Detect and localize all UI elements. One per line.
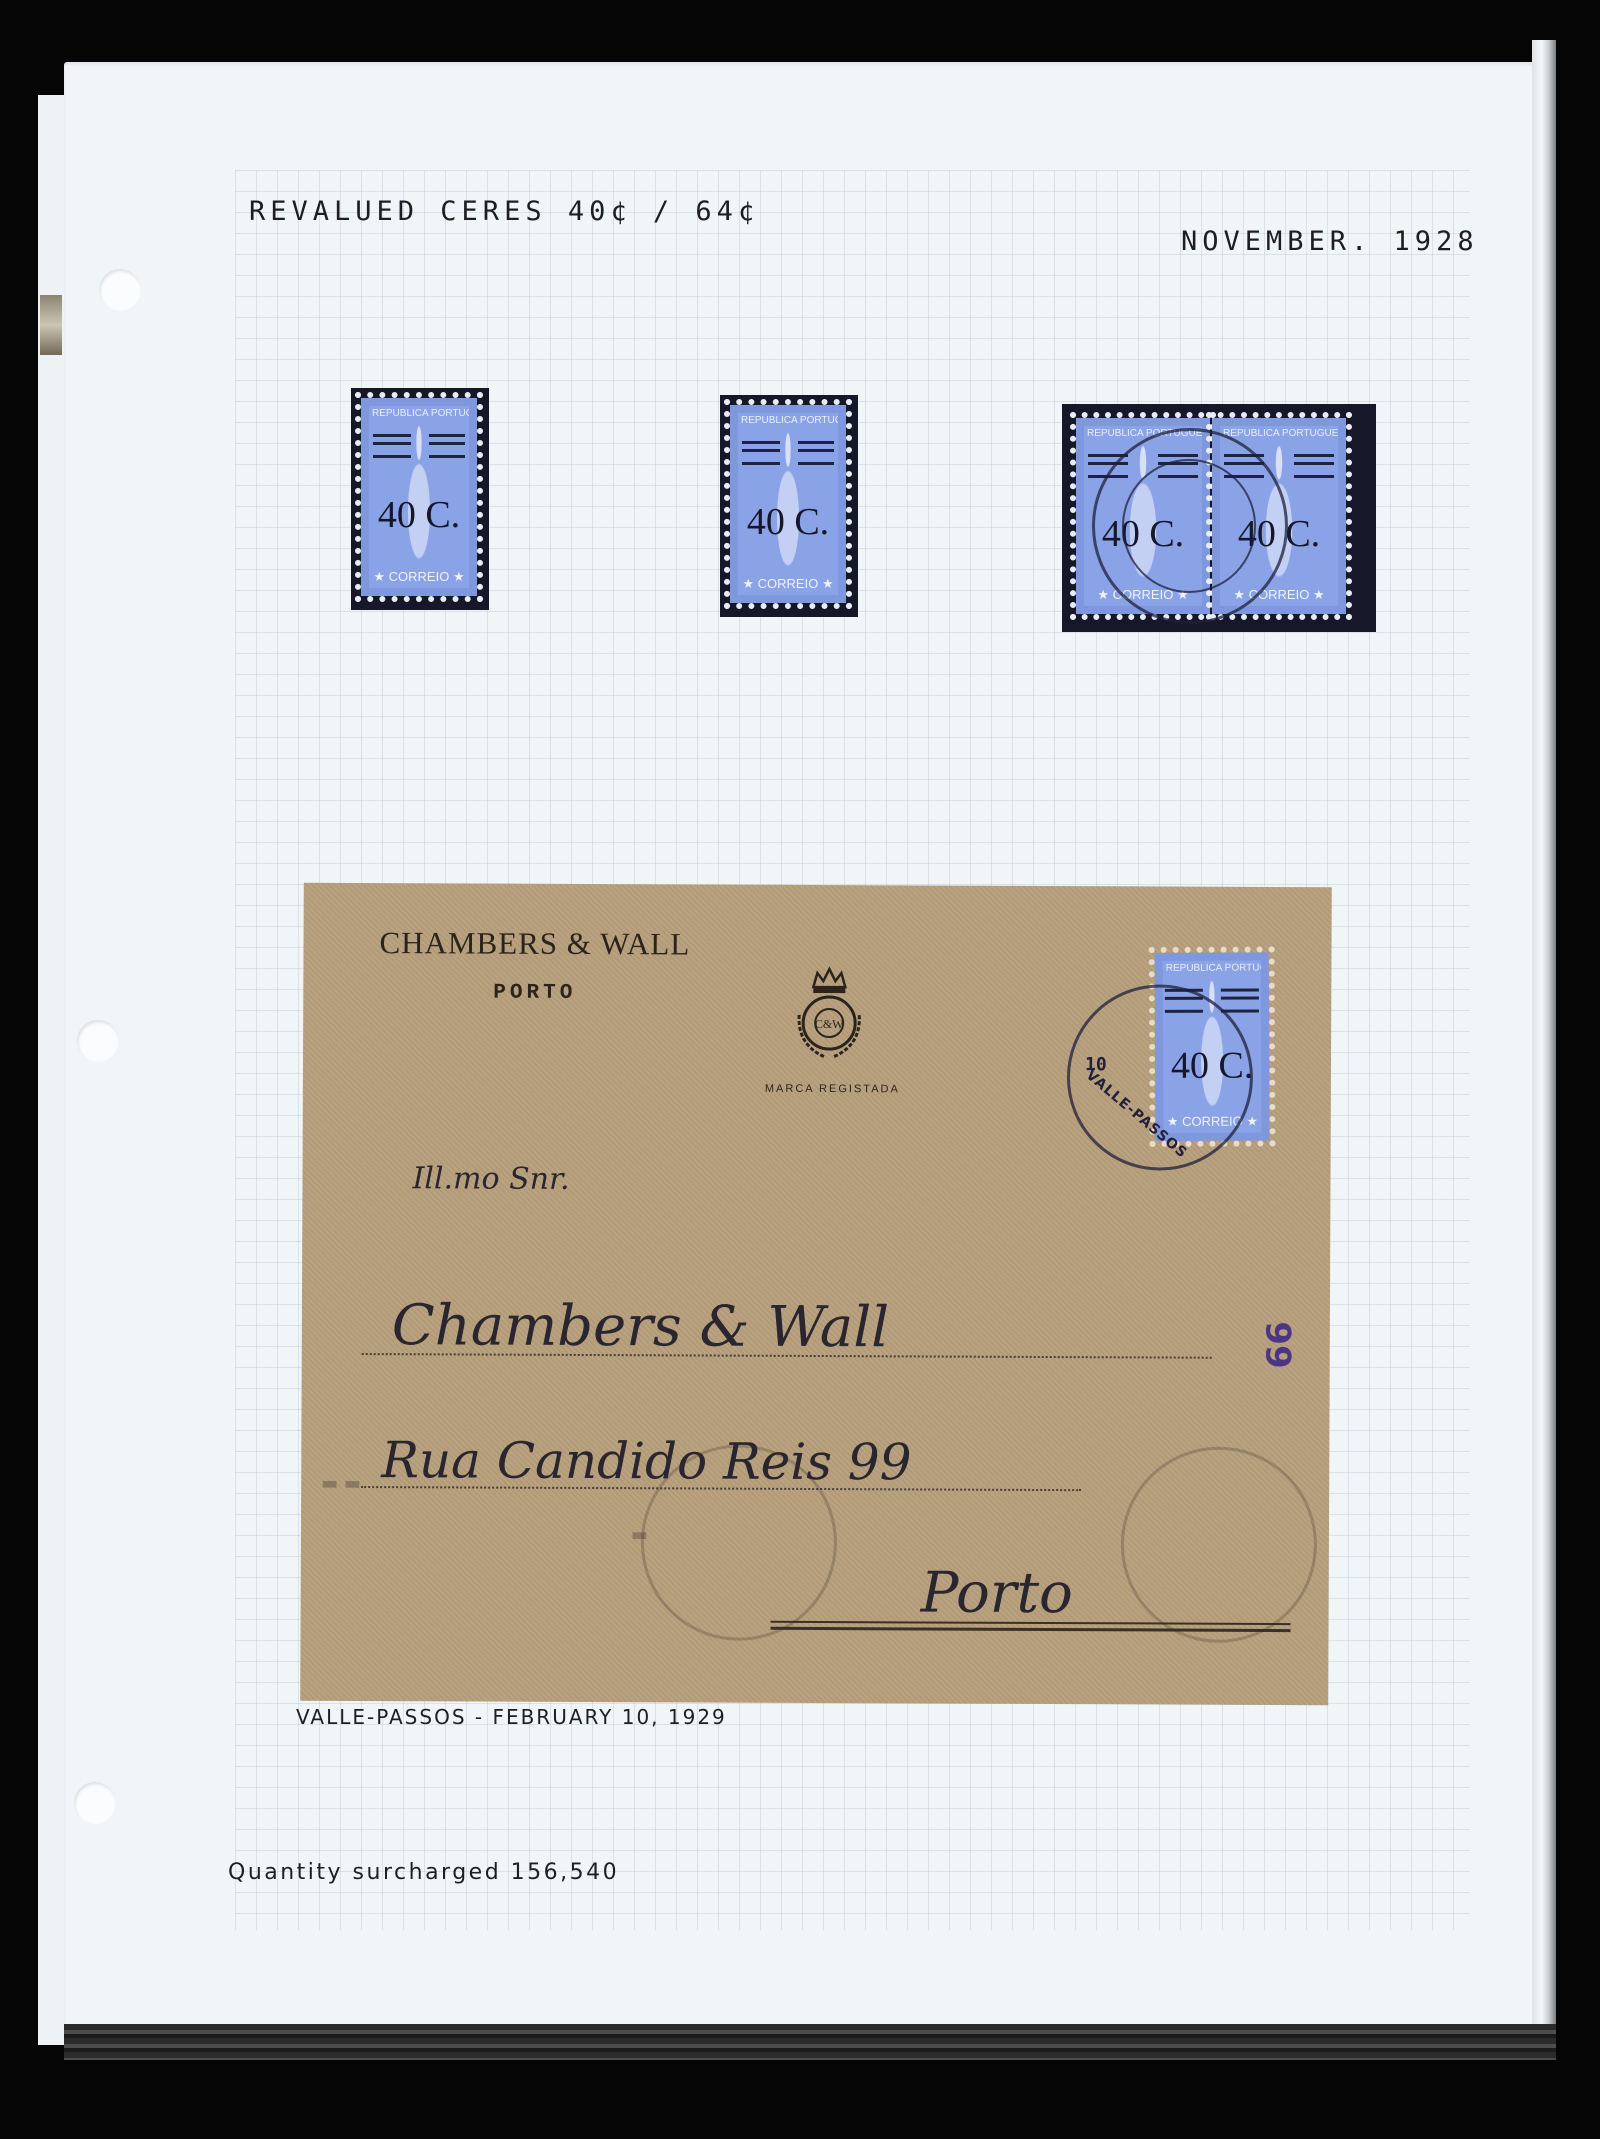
obliterating-bars [429,434,465,458]
pencil-note: 99 [1257,1321,1297,1369]
obliterating-bars [373,434,411,458]
stamp-mount-pair: REPUBLICA PORTUGUESA 40 C. ★ CORREIO ★ R… [1062,404,1376,632]
obliterating-bars [1221,989,1259,1013]
page-title: REVALUED CERES 40¢ / 64¢ [249,196,759,227]
crown-emblem-icon: C&W [789,965,869,1065]
svg-text:C&W: C&W [815,1017,844,1031]
cover-salutation: Ill.mo Snr. [412,1161,569,1197]
punch-hole-bottom [74,1782,116,1824]
cover-city: PORTO [493,982,576,1005]
surcharge: 40 C. [369,493,469,537]
cover-street: Rua Candido Reis 99 [381,1431,911,1491]
stamp-correio: ★ CORREIO ★ [369,569,469,585]
stamp-country: REPUBLICA PORTUGUESA [741,415,835,426]
quantity-caption: Quantity surcharged 156,540 [228,1860,619,1885]
backstamp-faint [1120,1446,1317,1643]
backstamp-faint [640,1444,837,1641]
binder-clip [40,295,62,355]
cover-caption: VALLE-PASSOS - FEBRUARY 10, 1929 [296,1705,727,1729]
postmark-inner-ring [1122,459,1256,593]
punch-hole-middle [77,1020,119,1062]
obliterating-bars [798,441,834,465]
obliterating-bars [1294,454,1334,478]
stamp-2[interactable]: REPUBLICA PORTUGUESA 40 C. ★ CORREIO ★ [730,405,846,603]
cover-company: CHAMBERS & WALL [379,925,690,962]
stamp-mount-1: REPUBLICA PORTUGUESA 40 C. ★ CORREIO ★ [351,388,489,610]
obliterating-bars [742,441,780,465]
page-stack-edge [64,2024,1556,2060]
cover-destination: Porto [921,1560,1073,1626]
cover-addressee: Chambers & Wall [392,1293,890,1360]
stamp-country: REPUBLICA PORTUGUESA [372,408,466,419]
stamp-1[interactable]: REPUBLICA PORTUGUESA 40 C. ★ CORREIO ★ [361,398,477,596]
cover-trademark: MARCA REGISTADA [765,1083,900,1096]
album-page: REVALUED CERES 40¢ / 64¢ NOVEMBER. 1928 … [64,62,1556,2024]
postal-cover[interactable]: CHAMBERS & WALL PORTO C&W MARCA REGISTAD… [300,883,1332,1705]
punch-hole-top [99,269,141,311]
page-protector-edge [1532,40,1556,2030]
stamp-country: REPUBLICA PORTUGUESA [1223,428,1335,439]
surcharge: 40 C. [738,500,838,544]
stamp-correio: ★ CORREIO ★ [738,576,838,592]
stamp-country: REPUBLICA PORTUGUESA [1166,963,1258,974]
stamp-mount-2: REPUBLICA PORTUGUESA 40 C. ★ CORREIO ★ [720,395,858,617]
page-date: NOVEMBER. 1928 [1181,226,1479,257]
